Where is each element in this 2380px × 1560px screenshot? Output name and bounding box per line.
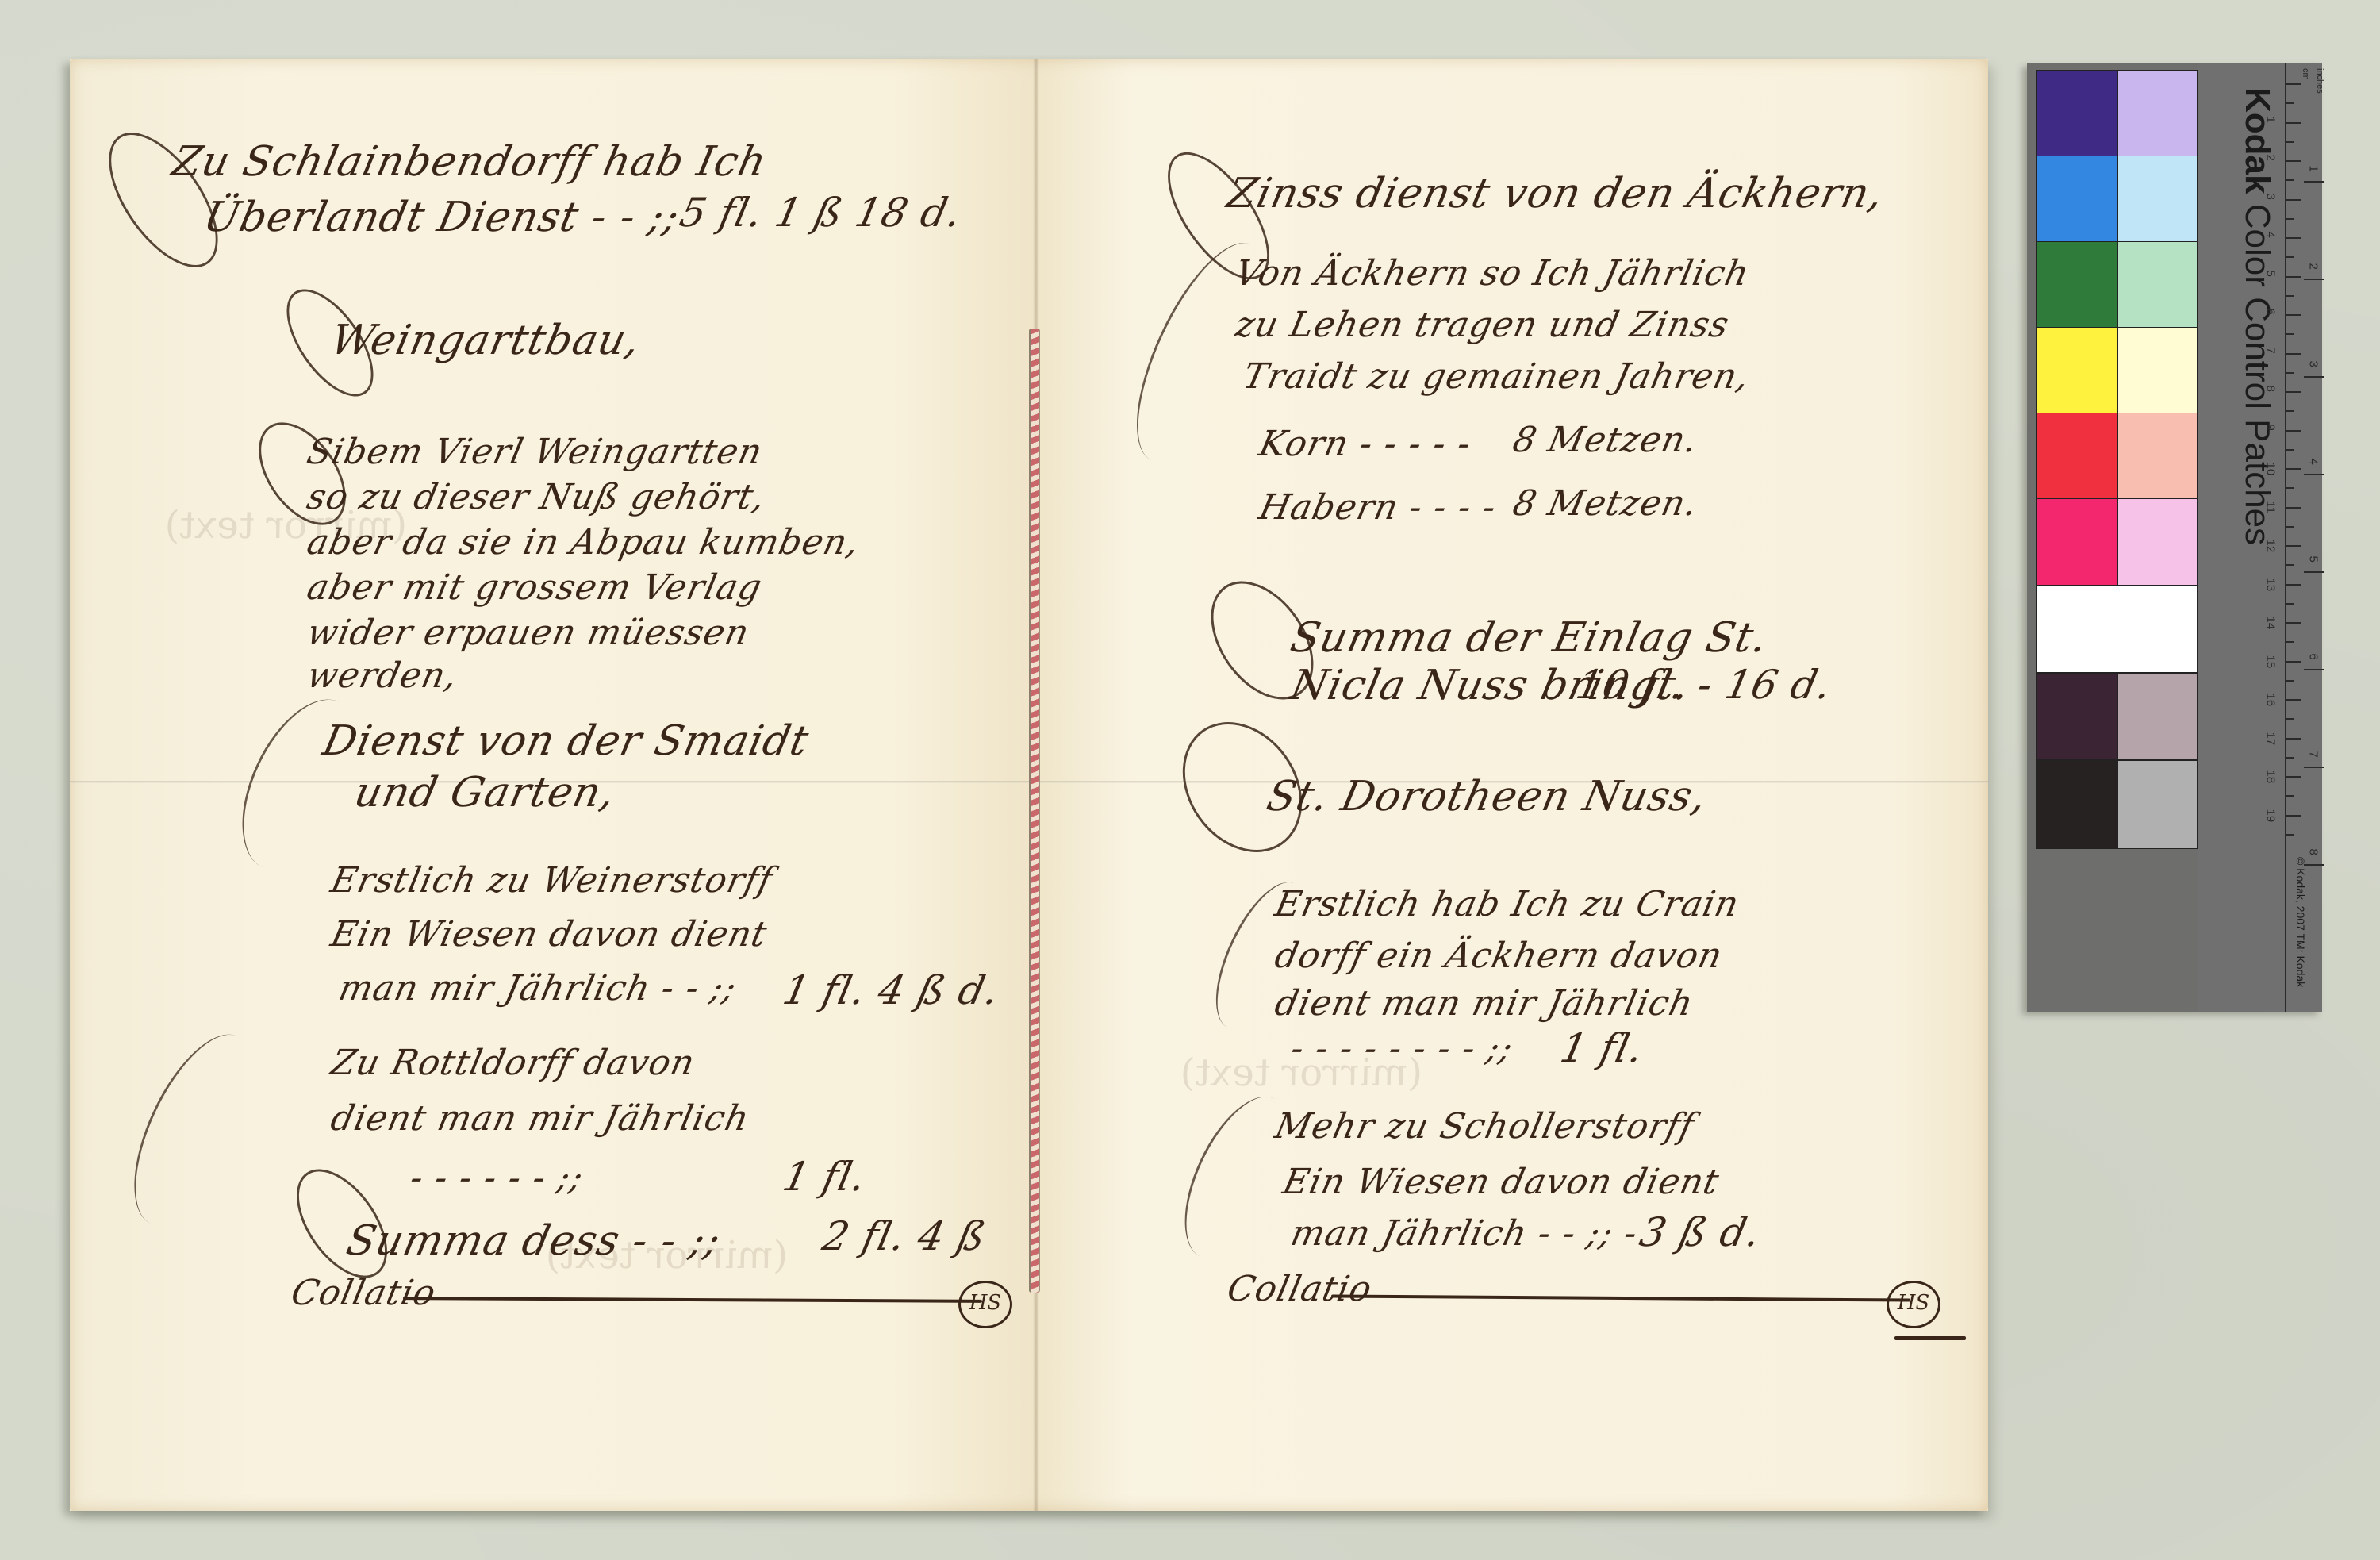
patch-red-dark xyxy=(2036,413,2117,500)
section-heading: Zinss dienst von den Äckhern, xyxy=(1223,170,1888,217)
half-cm-tick xyxy=(2286,795,2294,797)
entry-line: Traidt zu gemainen Jahren, xyxy=(1240,356,1753,397)
inch-label: 2 xyxy=(2307,263,2320,279)
half-cm-tick xyxy=(2286,333,2294,335)
cm-label: 11 xyxy=(2264,501,2278,517)
entry-line: werden, xyxy=(304,655,462,696)
half-cm-tick xyxy=(2286,718,2294,720)
inch-label: 4 xyxy=(2307,459,2320,475)
cm-label: 13 xyxy=(2264,578,2278,594)
entry-line: dient man mir Jährlich xyxy=(328,1098,754,1139)
half-cm-tick xyxy=(2286,834,2294,836)
patch-magenta-dark xyxy=(2036,498,2117,586)
entry-line: aber mit grossem Verlag xyxy=(304,567,766,608)
kodak-subtitle: Color Control Patches xyxy=(2238,204,2277,545)
patch-yellow-light xyxy=(2117,327,2198,414)
patch-cyan-light xyxy=(2117,156,2198,243)
collation-mark: Collatio xyxy=(1224,1269,1376,1309)
half-cm-tick xyxy=(2286,179,2294,181)
cm-label: 17 xyxy=(2264,732,2278,747)
unit-cm: cm xyxy=(2301,68,2310,80)
section-heading: Weingarttbau, xyxy=(327,317,645,364)
section-heading: St. Dorotheen Nuss, xyxy=(1263,773,1711,820)
cm-label: 9 xyxy=(2264,424,2278,440)
patch-3color-dark xyxy=(2036,673,2117,760)
patch-green-light xyxy=(2117,241,2198,329)
half-cm-tick xyxy=(2286,141,2294,143)
half-cm-tick xyxy=(2286,372,2294,374)
ruler-scale: cm inches 123456789101112131415161718191… xyxy=(2285,63,2324,1012)
unit-inches: inches xyxy=(2315,68,2324,94)
patch-yellow-dark xyxy=(2036,327,2117,414)
cm-tick xyxy=(2286,430,2301,432)
entry-line: man mir Jährlich - - ;; xyxy=(336,968,741,1009)
cm-tick xyxy=(2286,122,2301,124)
cm-tick xyxy=(2286,776,2301,778)
half-cm-tick xyxy=(2286,449,2294,451)
inch-label: 6 xyxy=(2307,654,2320,670)
patch-row-yellow xyxy=(2036,327,2198,414)
color-patches xyxy=(2036,70,2198,1010)
cm-tick xyxy=(2286,661,2301,663)
manuscript-sheet: (mirror text) (mirror text) (mirror text… xyxy=(70,59,1988,1511)
patch-red-light xyxy=(2117,413,2198,500)
entry-line: wider erpauen müessen xyxy=(304,613,754,653)
half-cm-tick xyxy=(2286,410,2294,412)
entry-line: dient man mir Jährlich xyxy=(1272,983,1698,1024)
collation-mark: Collatio xyxy=(288,1273,440,1313)
cm-label: 4 xyxy=(2264,232,2278,248)
cm-tick xyxy=(2286,468,2301,470)
summa-amount: 10 fl. - 16 d. xyxy=(1572,662,1836,708)
entry-line: Sibem Vierl Weingartten xyxy=(304,432,766,472)
entry-line: Ein Wiesen davon dient xyxy=(328,914,771,955)
entry-amount: 1 fl. xyxy=(779,1154,870,1200)
entry-line: aber da sie in Abpau kumben, xyxy=(304,522,864,563)
grain-amount: 8 Metzen. xyxy=(1510,483,1702,524)
entry-amount: 1 fl. xyxy=(1557,1025,1648,1071)
entry-line: Ein Wiesen davon dient xyxy=(1280,1162,1723,1202)
entry-amount: 5 fl. 1 ß 18 d. xyxy=(676,190,966,236)
cm-label: 8 xyxy=(2264,386,2278,402)
inch-label: 3 xyxy=(2307,361,2320,377)
entry-line: Erstlich zu Weinerstorff xyxy=(328,860,777,901)
grain-item: Habern - - - - xyxy=(1256,487,1500,528)
patch-row-white xyxy=(2036,586,2198,673)
entry-line: Zu Schlainbendorff hab Ich xyxy=(168,138,771,186)
cm-label: 6 xyxy=(2264,309,2278,325)
patch-black-dark xyxy=(2036,760,2117,849)
summa-amount: 2 fl. 4 ß xyxy=(819,1213,990,1259)
cm-label: 5 xyxy=(2264,270,2278,286)
section-heading: und Garten, xyxy=(351,769,620,817)
cm-label: 16 xyxy=(2264,694,2278,709)
patch-row-black xyxy=(2036,760,2198,849)
half-cm-tick xyxy=(2286,526,2294,528)
patch-3color-light xyxy=(2117,673,2198,760)
entry-line: Zu Rottldorff davon xyxy=(328,1043,699,1083)
cm-tick xyxy=(2286,237,2301,239)
cm-tick xyxy=(2286,699,2301,701)
summa-line: Summa dess - - ;; xyxy=(343,1217,725,1265)
inch-label: 8 xyxy=(2307,849,2320,865)
entry-line: - - - - - - ;; xyxy=(407,1158,588,1198)
summa-line: Summa der Einlag St. xyxy=(1287,614,1772,662)
half-cm-tick xyxy=(2286,102,2294,104)
cm-tick xyxy=(2286,738,2301,740)
patch-black-light xyxy=(2117,760,2198,849)
patch-magenta-light xyxy=(2117,498,2198,586)
cm-tick xyxy=(2286,83,2301,85)
cm-label: 2 xyxy=(2264,155,2278,171)
cm-label: 14 xyxy=(2264,617,2278,632)
patch-row-3color xyxy=(2036,673,2198,760)
cm-label: 7 xyxy=(2264,347,2278,363)
entry-line: Überlandt Dienst - - ;; xyxy=(200,194,684,241)
cm-tick xyxy=(2286,353,2301,355)
cm-label: 3 xyxy=(2264,193,2278,209)
cm-label: 12 xyxy=(2264,540,2278,555)
half-cm-tick xyxy=(2286,218,2294,220)
initials-monogram: HS xyxy=(958,1281,1012,1328)
grain-item: Korn - - - - - xyxy=(1256,424,1476,464)
half-cm-tick xyxy=(2286,603,2294,605)
cm-tick xyxy=(2286,391,2301,393)
entry-amount: 1 fl. 4 ß d. xyxy=(779,967,1004,1013)
patch-labels: Blue Cyan Green Yellow Red Magenta White… xyxy=(2368,63,2380,1012)
patch-cyan-dark xyxy=(2036,156,2117,243)
cm-tick xyxy=(2286,584,2301,586)
patch-row-red xyxy=(2036,413,2198,500)
entry-line: Erstlich hab Ich zu Crain xyxy=(1272,884,1743,924)
cm-tick xyxy=(2286,545,2301,547)
signature-underline xyxy=(1894,1336,1966,1340)
cm-label: 10 xyxy=(2264,463,2278,478)
entry-amount: 3 ß d. xyxy=(1636,1209,1765,1255)
half-cm-tick xyxy=(2286,487,2294,489)
initials-monogram: HS xyxy=(1887,1281,1940,1328)
entry-line: so zu dieser Nuß gehört, xyxy=(304,477,770,517)
binding-cord xyxy=(1029,329,1040,1293)
patch-white xyxy=(2036,586,2198,673)
half-cm-tick xyxy=(2286,757,2294,759)
entry-line: Von Äckhern so Ich Jährlich xyxy=(1232,253,1753,294)
cm-label: 19 xyxy=(2264,809,2278,824)
patch-row-green xyxy=(2036,241,2198,329)
inch-label: 1 xyxy=(2307,166,2320,182)
half-cm-tick xyxy=(2286,680,2294,682)
cm-tick xyxy=(2286,815,2301,817)
cm-tick xyxy=(2286,622,2301,624)
patch-blue-dark xyxy=(2036,70,2117,157)
patch-green-dark xyxy=(2036,241,2117,329)
entry-line: Mehr zu Schollerstorff xyxy=(1272,1106,1699,1147)
patch-row-cyan xyxy=(2036,156,2198,243)
half-cm-tick xyxy=(2286,564,2294,566)
half-cm-tick xyxy=(2286,641,2294,643)
cm-label: 1 xyxy=(2264,116,2278,132)
cm-tick xyxy=(2286,276,2301,278)
inch-label: 5 xyxy=(2307,556,2320,572)
cm-label: 15 xyxy=(2264,655,2278,670)
cm-tick xyxy=(2286,507,2301,509)
section-heading: Dienst von der Smaidt xyxy=(319,717,813,765)
inch-label: 7 xyxy=(2307,751,2320,767)
entry-line: dorff ein Äckhern davon xyxy=(1272,936,1726,976)
patch-row-magenta xyxy=(2036,498,2198,586)
half-cm-tick xyxy=(2286,295,2294,297)
kodak-color-card: Kodak Color Control Patches © Kodak, 200… xyxy=(2027,63,2322,1012)
cm-tick xyxy=(2286,199,2301,201)
entry-line: zu Lehen tragen und Zinss xyxy=(1232,305,1733,345)
kodak-brand: Kodak xyxy=(2238,87,2277,194)
entry-line: - - - - - - - - ;; xyxy=(1288,1028,1517,1069)
cm-label: 18 xyxy=(2264,770,2278,786)
patch-row-blue xyxy=(2036,70,2198,157)
cm-tick xyxy=(2286,314,2301,316)
entry-line: man Jährlich - - ;; - xyxy=(1288,1213,1642,1254)
cm-tick xyxy=(2286,160,2301,162)
grain-amount: 8 Metzen. xyxy=(1510,420,1702,460)
half-cm-tick xyxy=(2286,256,2294,258)
gray-ruler-strip: Kodak Color Control Patches © Kodak, 200… xyxy=(2198,63,2322,1012)
patch-blue-light xyxy=(2117,70,2198,157)
